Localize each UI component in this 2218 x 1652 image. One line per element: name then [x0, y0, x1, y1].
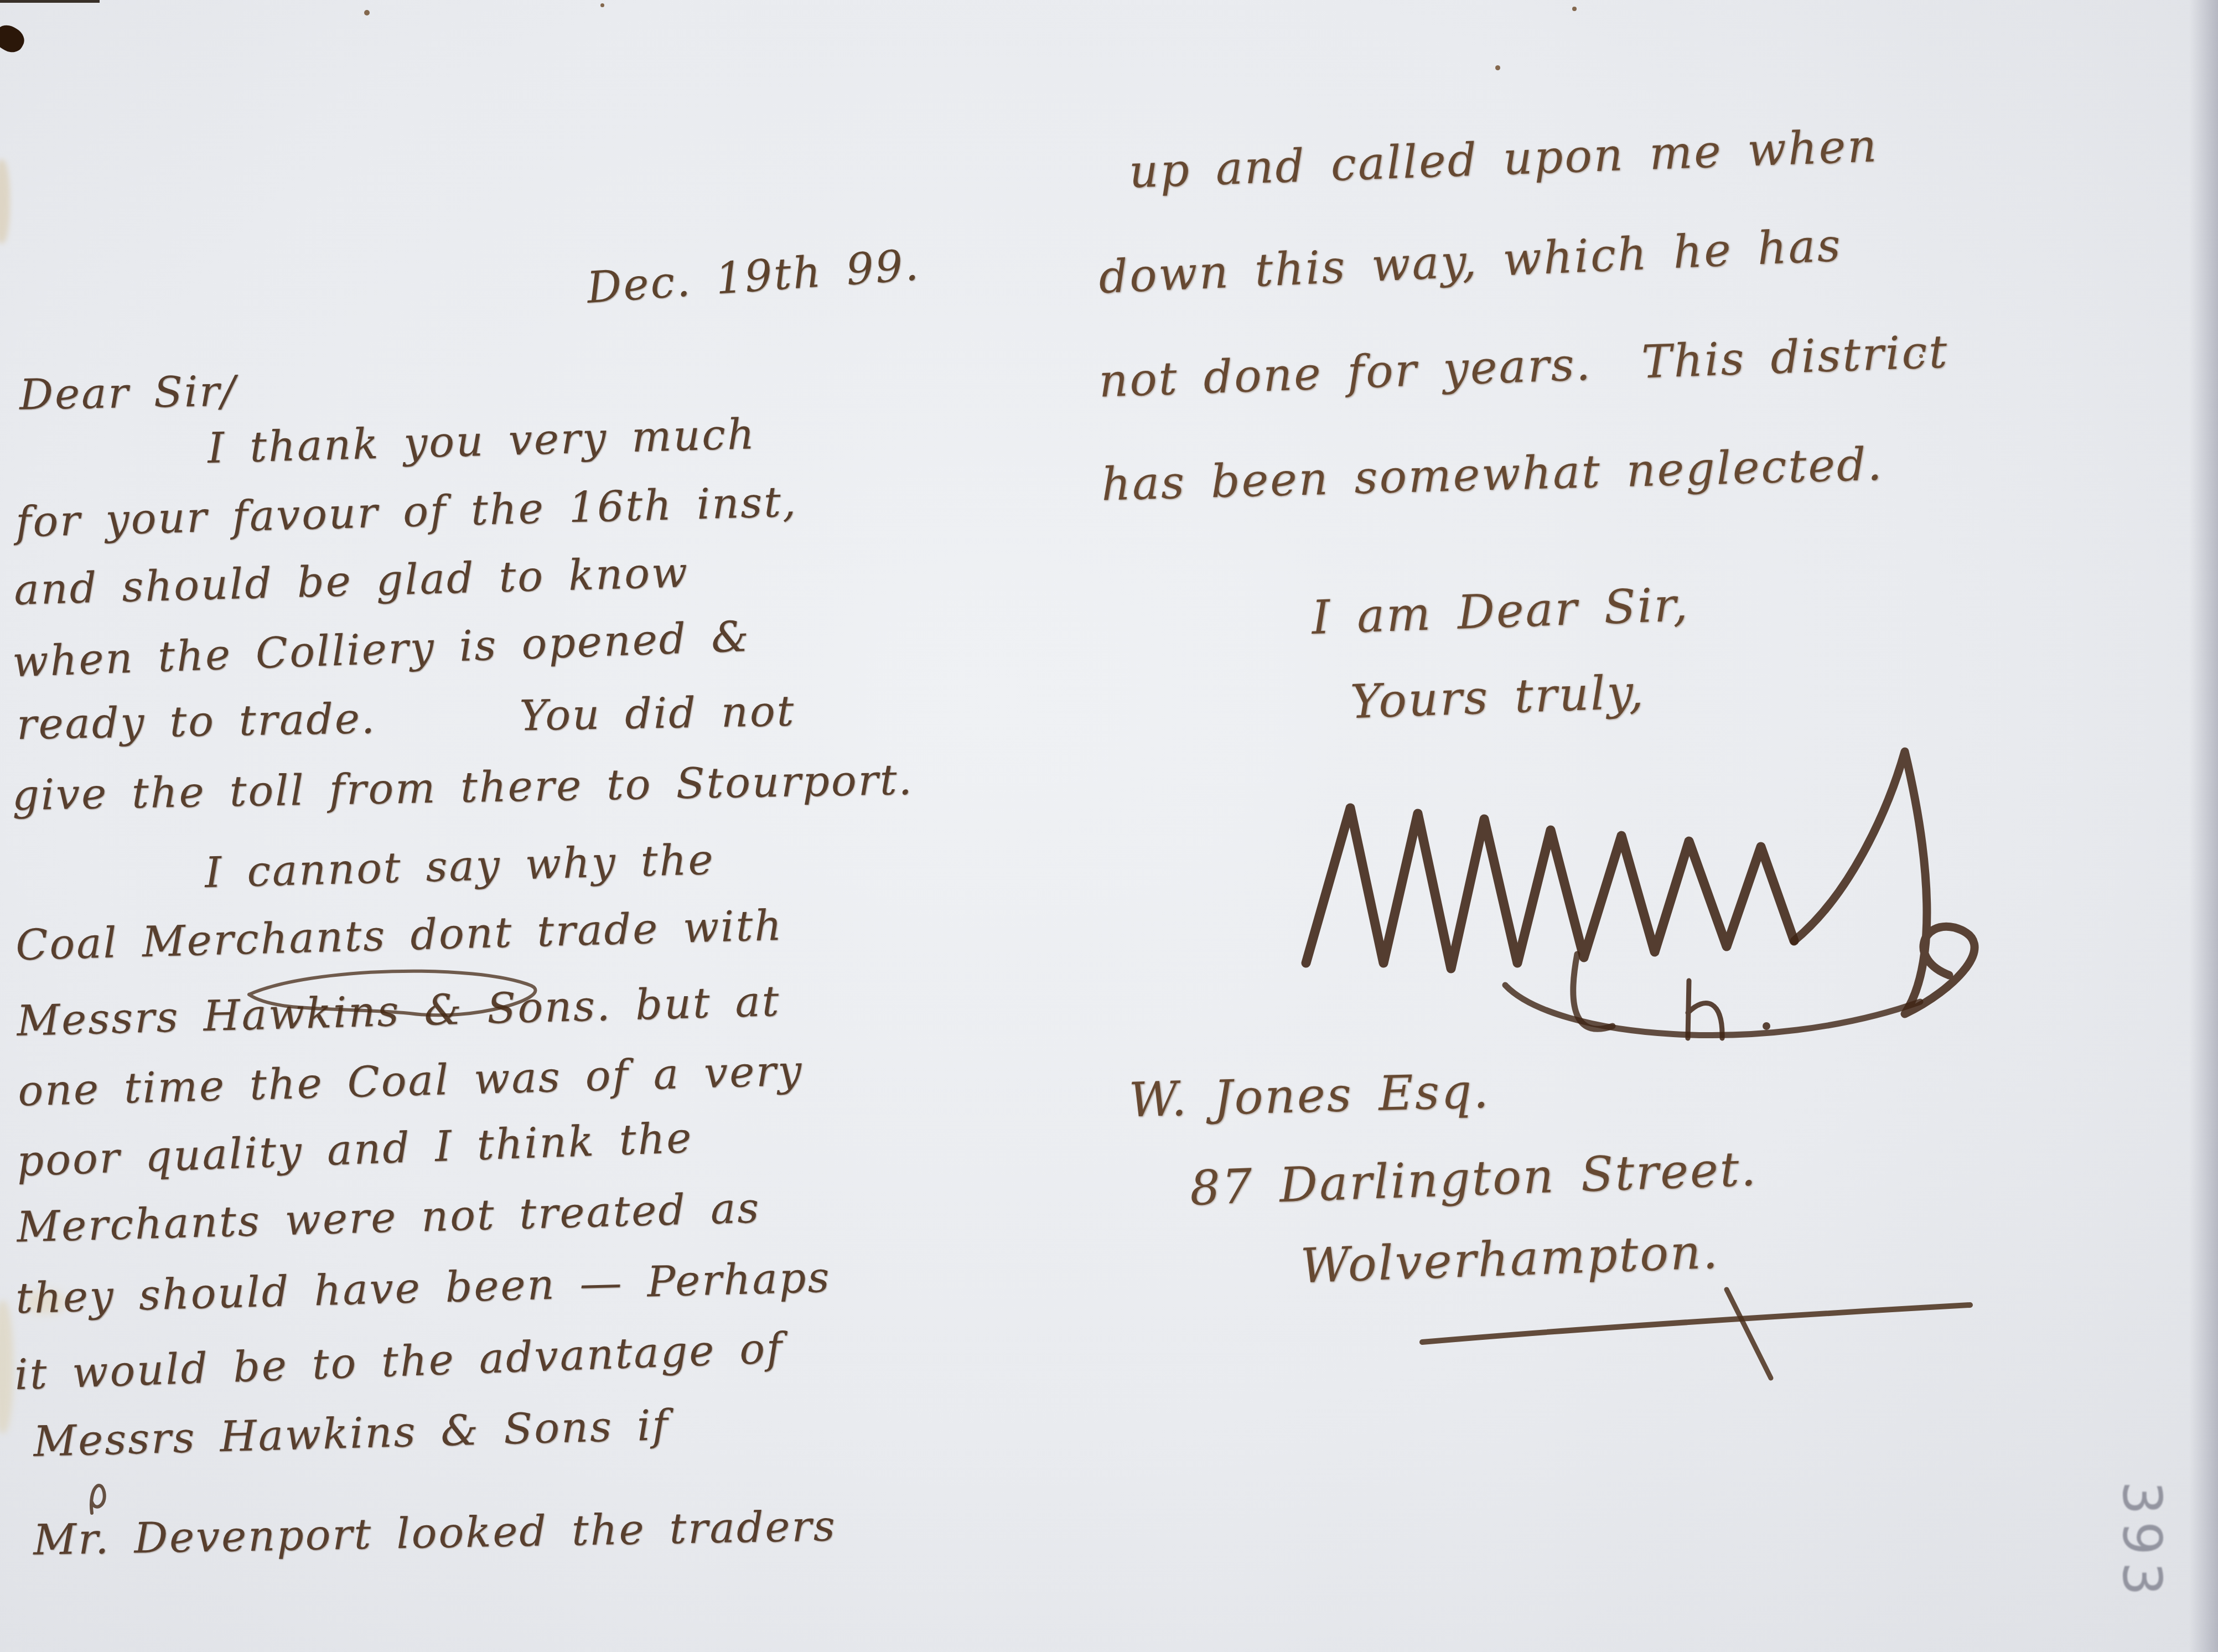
ink-speck — [1495, 65, 1500, 70]
ink-speck — [364, 10, 370, 15]
ink-speck — [1572, 7, 1577, 11]
scan-edge-artifact — [0, 0, 100, 3]
archive-number-stamp: 393 — [2111, 1481, 2173, 1647]
pen-flourish — [243, 960, 564, 1032]
salutation: Dear Sir/ — [19, 366, 237, 420]
signature — [1267, 725, 2053, 1057]
closing-line: Yours truly, — [1349, 665, 1646, 729]
underline-flourish — [1417, 1290, 2003, 1384]
ink-speck — [600, 3, 604, 7]
stray-pen-mark — [87, 1477, 112, 1519]
recipient-line: W. Jones Esq. — [1128, 1063, 1491, 1128]
scan-edge-shadow — [2189, 0, 2218, 1652]
